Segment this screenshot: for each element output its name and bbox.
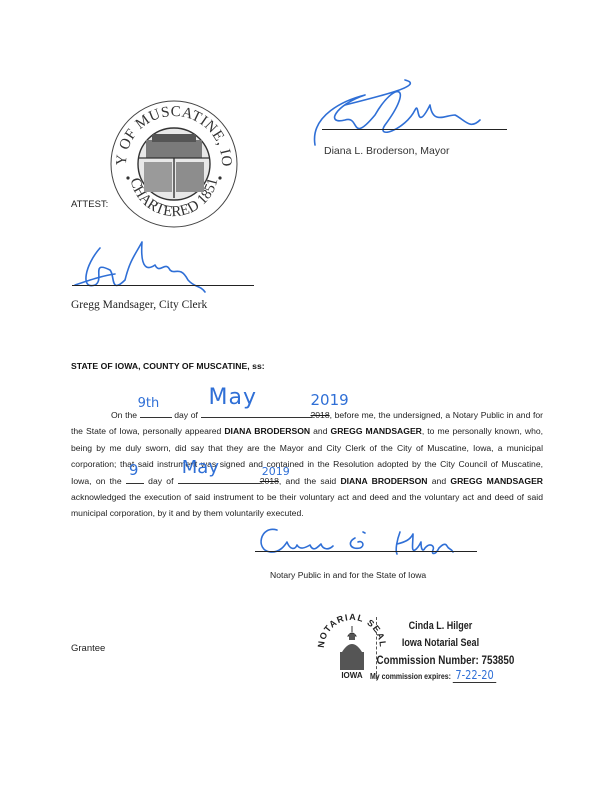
name-mayor-bold: DIANA BRODERSON	[224, 426, 310, 436]
city-seal-icon: CITY OF MUSCATINE, IOWA CHARTERED 1851	[108, 98, 240, 230]
text-p2: acknowledged the execution of said instr…	[71, 492, 543, 518]
stamp-seal-bottom-text: IOWA	[341, 671, 363, 680]
day-handwritten: 9th	[138, 396, 160, 412]
text-and: and	[313, 426, 327, 436]
stamp-title: Iowa Notarial Seal	[388, 635, 493, 652]
year-struck: 2018	[311, 410, 330, 420]
acknowledgment-paragraph: On the 9th day of May20182019, before me…	[71, 407, 543, 522]
mayor-name-title: Diana L. Broderson, Mayor	[324, 145, 449, 157]
day2-field: 9	[126, 474, 144, 484]
venue-heading: STATE OF IOWA, COUNTY OF MUSCATINE, ss:	[71, 361, 265, 371]
text-on-the: On the	[111, 410, 137, 420]
stamp-notary-name: Cinda L. Hilger	[388, 618, 493, 635]
day-field: 9th	[140, 408, 172, 418]
clerk-signature	[70, 230, 210, 300]
grantee-label: Grantee	[71, 643, 105, 654]
commission-label: Commission Number:	[377, 653, 479, 667]
notary-signature-line	[255, 551, 477, 552]
month2-field: May	[178, 474, 260, 484]
stamp-expiration: My commission expires: 7-22-20	[370, 669, 493, 683]
stamp-commission-number: Commission Number: 753850	[377, 652, 493, 669]
mayor-signature	[305, 75, 510, 155]
month-field: May	[201, 408, 311, 418]
month-handwritten: May	[209, 390, 257, 406]
notary-signature	[255, 520, 465, 560]
year2-handwritten: 2019	[262, 464, 290, 480]
day2-handwritten: 9	[129, 462, 139, 478]
commission-number: 753850	[482, 653, 515, 667]
mayor-signature-line	[322, 129, 507, 130]
text-day-of: day of	[174, 410, 198, 420]
expires-value: 7-22-20	[453, 668, 496, 683]
name-clerk-bold-2: GREGG MANDSAGER	[450, 476, 543, 486]
attest-label: ATTEST:	[71, 199, 108, 210]
name-mayor-bold-2: DIANA BRODERSON	[340, 476, 427, 486]
month2-handwritten: May	[182, 460, 219, 476]
clerk-signature-line	[72, 285, 254, 286]
notary-caption: Notary Public in and for the State of Io…	[270, 570, 426, 580]
clerk-name-title: Gregg Mandsager, City Clerk	[71, 299, 207, 311]
text-day-of-2: day of	[148, 476, 173, 486]
expires-label: My commission expires:	[370, 671, 451, 681]
year-handwritten: 2019	[311, 392, 349, 408]
text-and-2: and	[432, 476, 446, 486]
notarial-stamp-text: Cinda L. Hilger Iowa Notarial Seal Commi…	[388, 618, 493, 683]
name-clerk-bold: GREGG MANDSAGER	[331, 426, 422, 436]
